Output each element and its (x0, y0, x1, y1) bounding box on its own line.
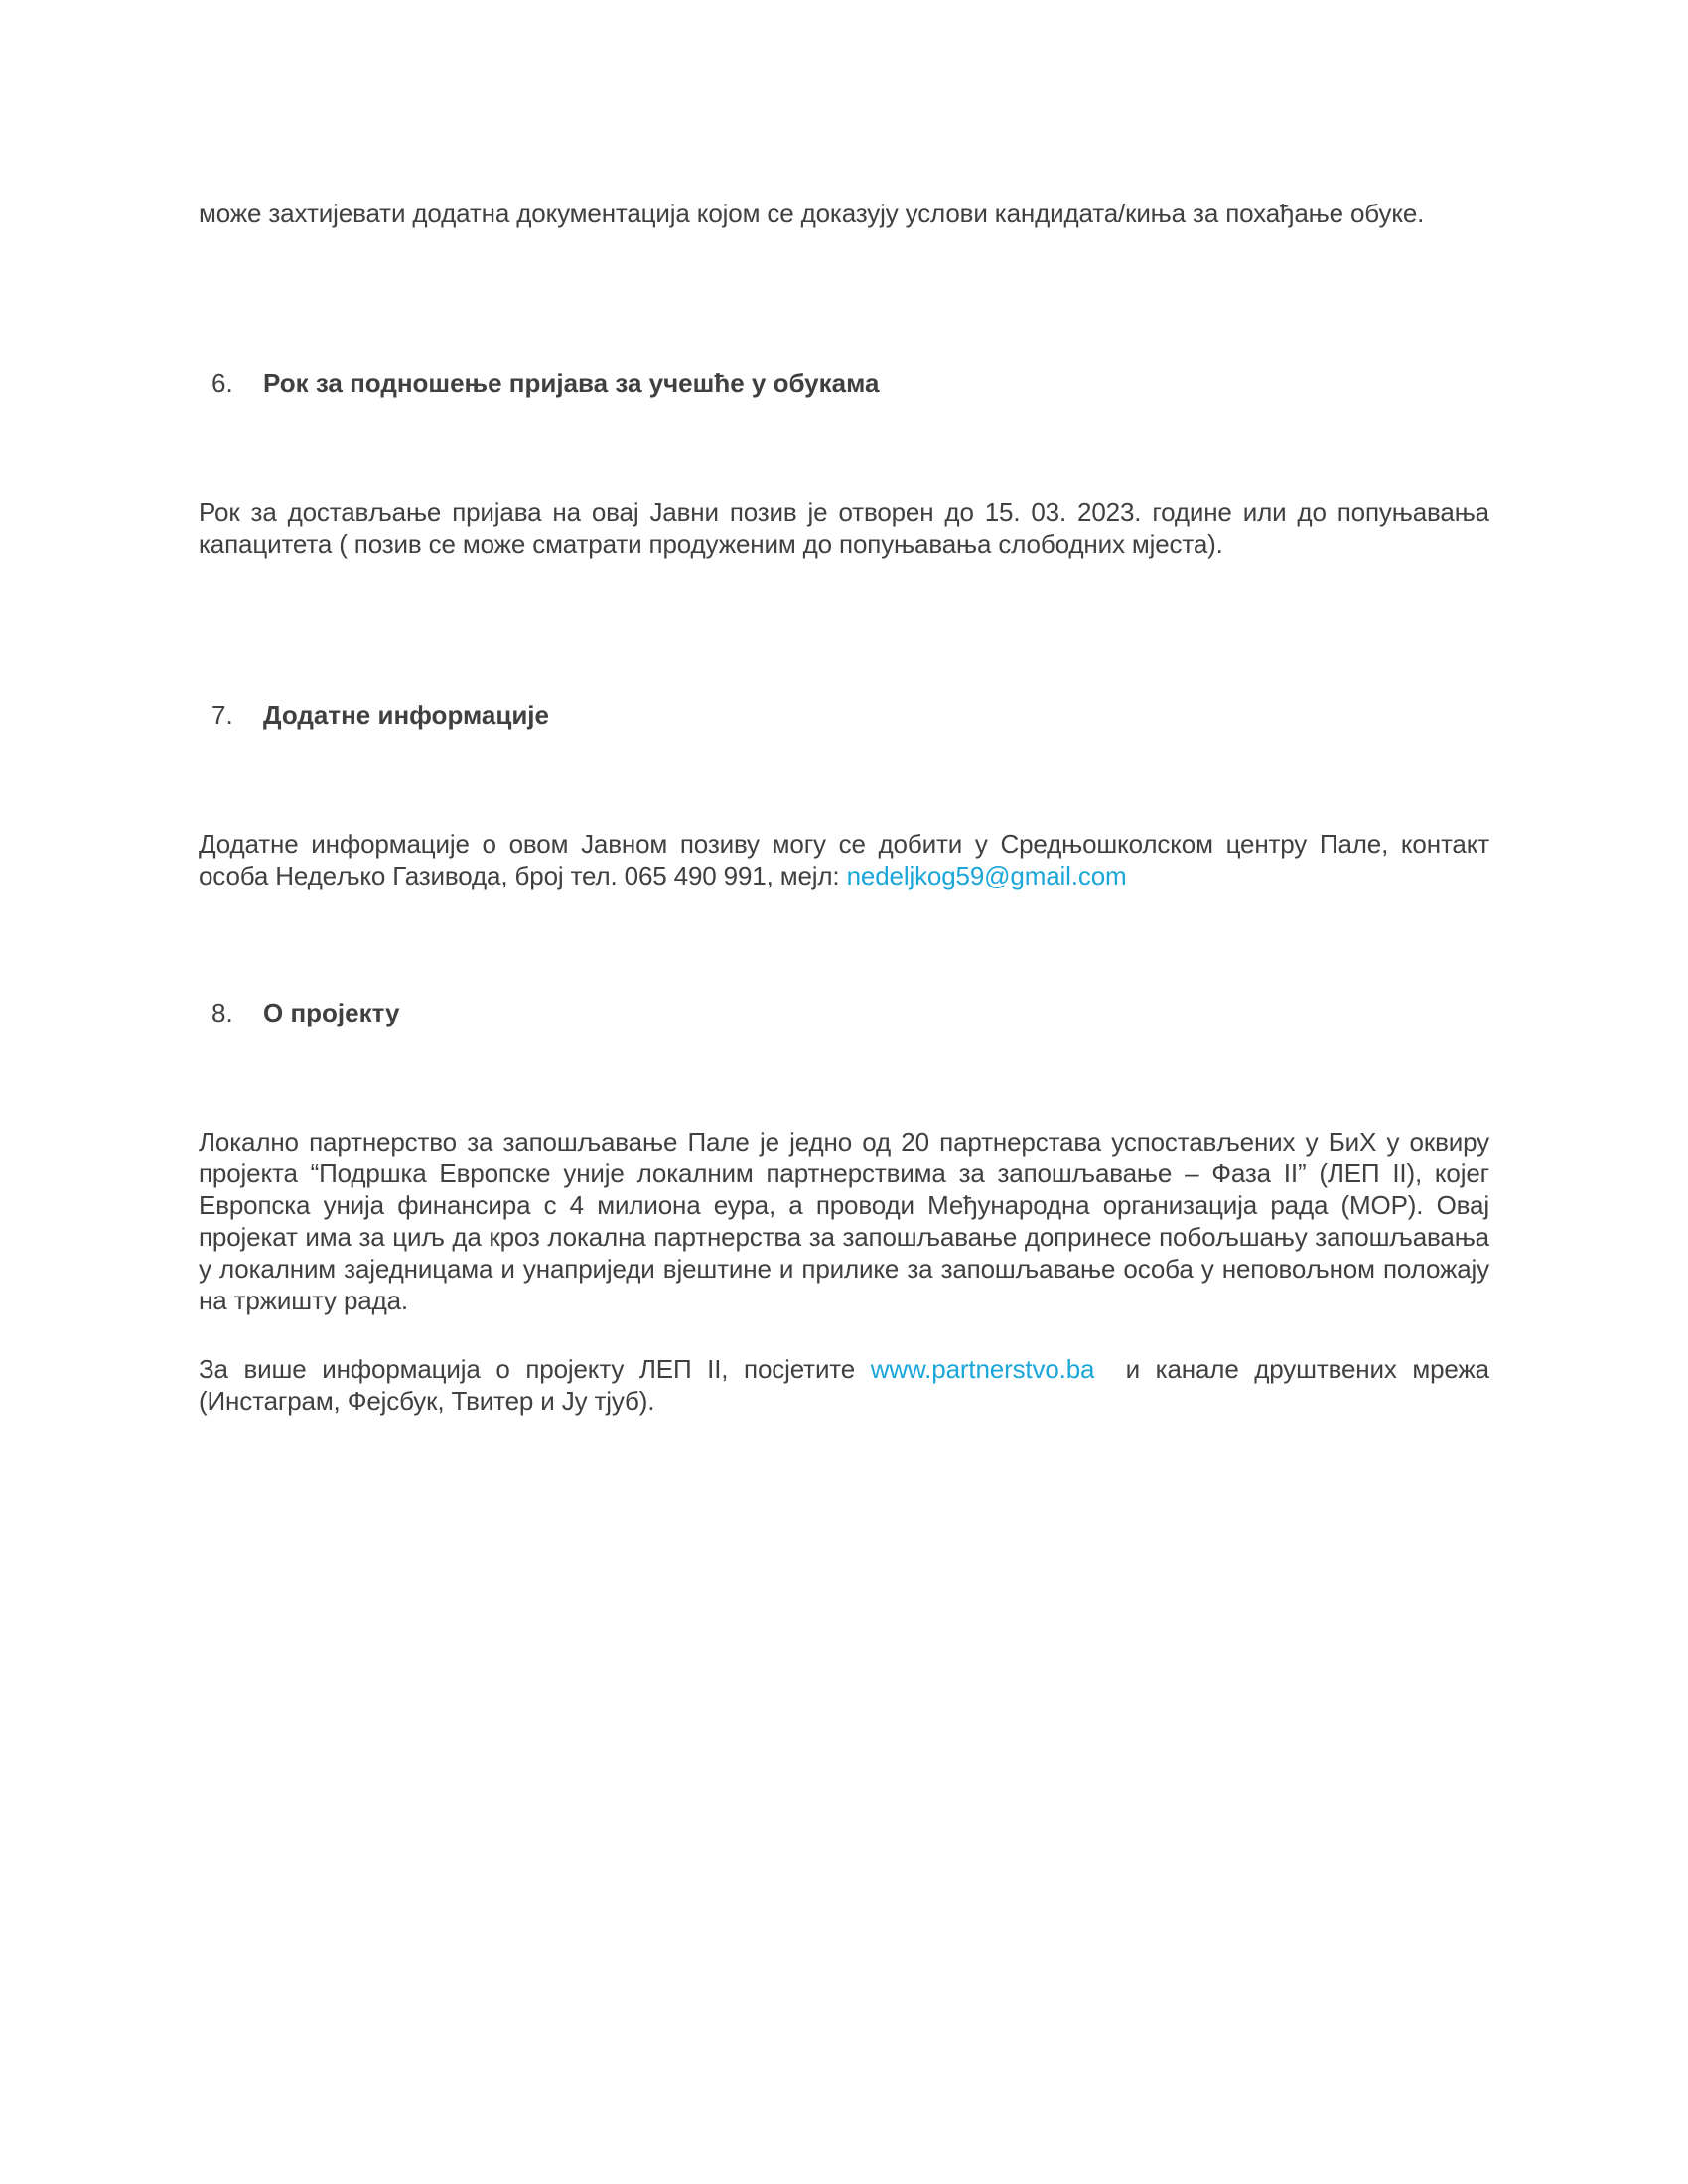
contact-paragraph: Додатне информације о овом Јавном позиву… (199, 828, 1489, 891)
deadline-paragraph: Рок за достављање пријава на овај Јавни … (199, 496, 1489, 560)
website-link[interactable]: www.partnerstvo.ba (871, 1354, 1095, 1384)
section-title: Рок за подношење пријава за учешће у обу… (263, 368, 879, 398)
email-link[interactable]: nedeljkog59@gmail.com (847, 861, 1127, 890)
section-title: О пројекту (263, 998, 399, 1027)
section-title: Додатне информације (263, 700, 549, 730)
section-number: 8. (199, 997, 263, 1028)
section-number: 7. (199, 699, 263, 731)
section-heading-about-project: 8.О пројекту (199, 997, 399, 1028)
intro-paragraph: може захтијевати додатна документација к… (199, 198, 1489, 229)
section-heading-deadline: 6.Рок за подношење пријава за учешће у о… (199, 367, 879, 399)
section-number: 6. (199, 367, 263, 399)
more-info-paragraph: За више информација о пројекту ЛЕП II, п… (199, 1353, 1489, 1417)
contact-text: Додатне информације о овом Јавном позиву… (199, 829, 1489, 890)
more-info-text: За више информација о пројекту ЛЕП II, п… (199, 1354, 871, 1384)
project-description-paragraph: Локално партнерство за запошљавање Пале … (199, 1126, 1489, 1316)
section-heading-additional-info: 7.Додатне информације (199, 699, 549, 731)
